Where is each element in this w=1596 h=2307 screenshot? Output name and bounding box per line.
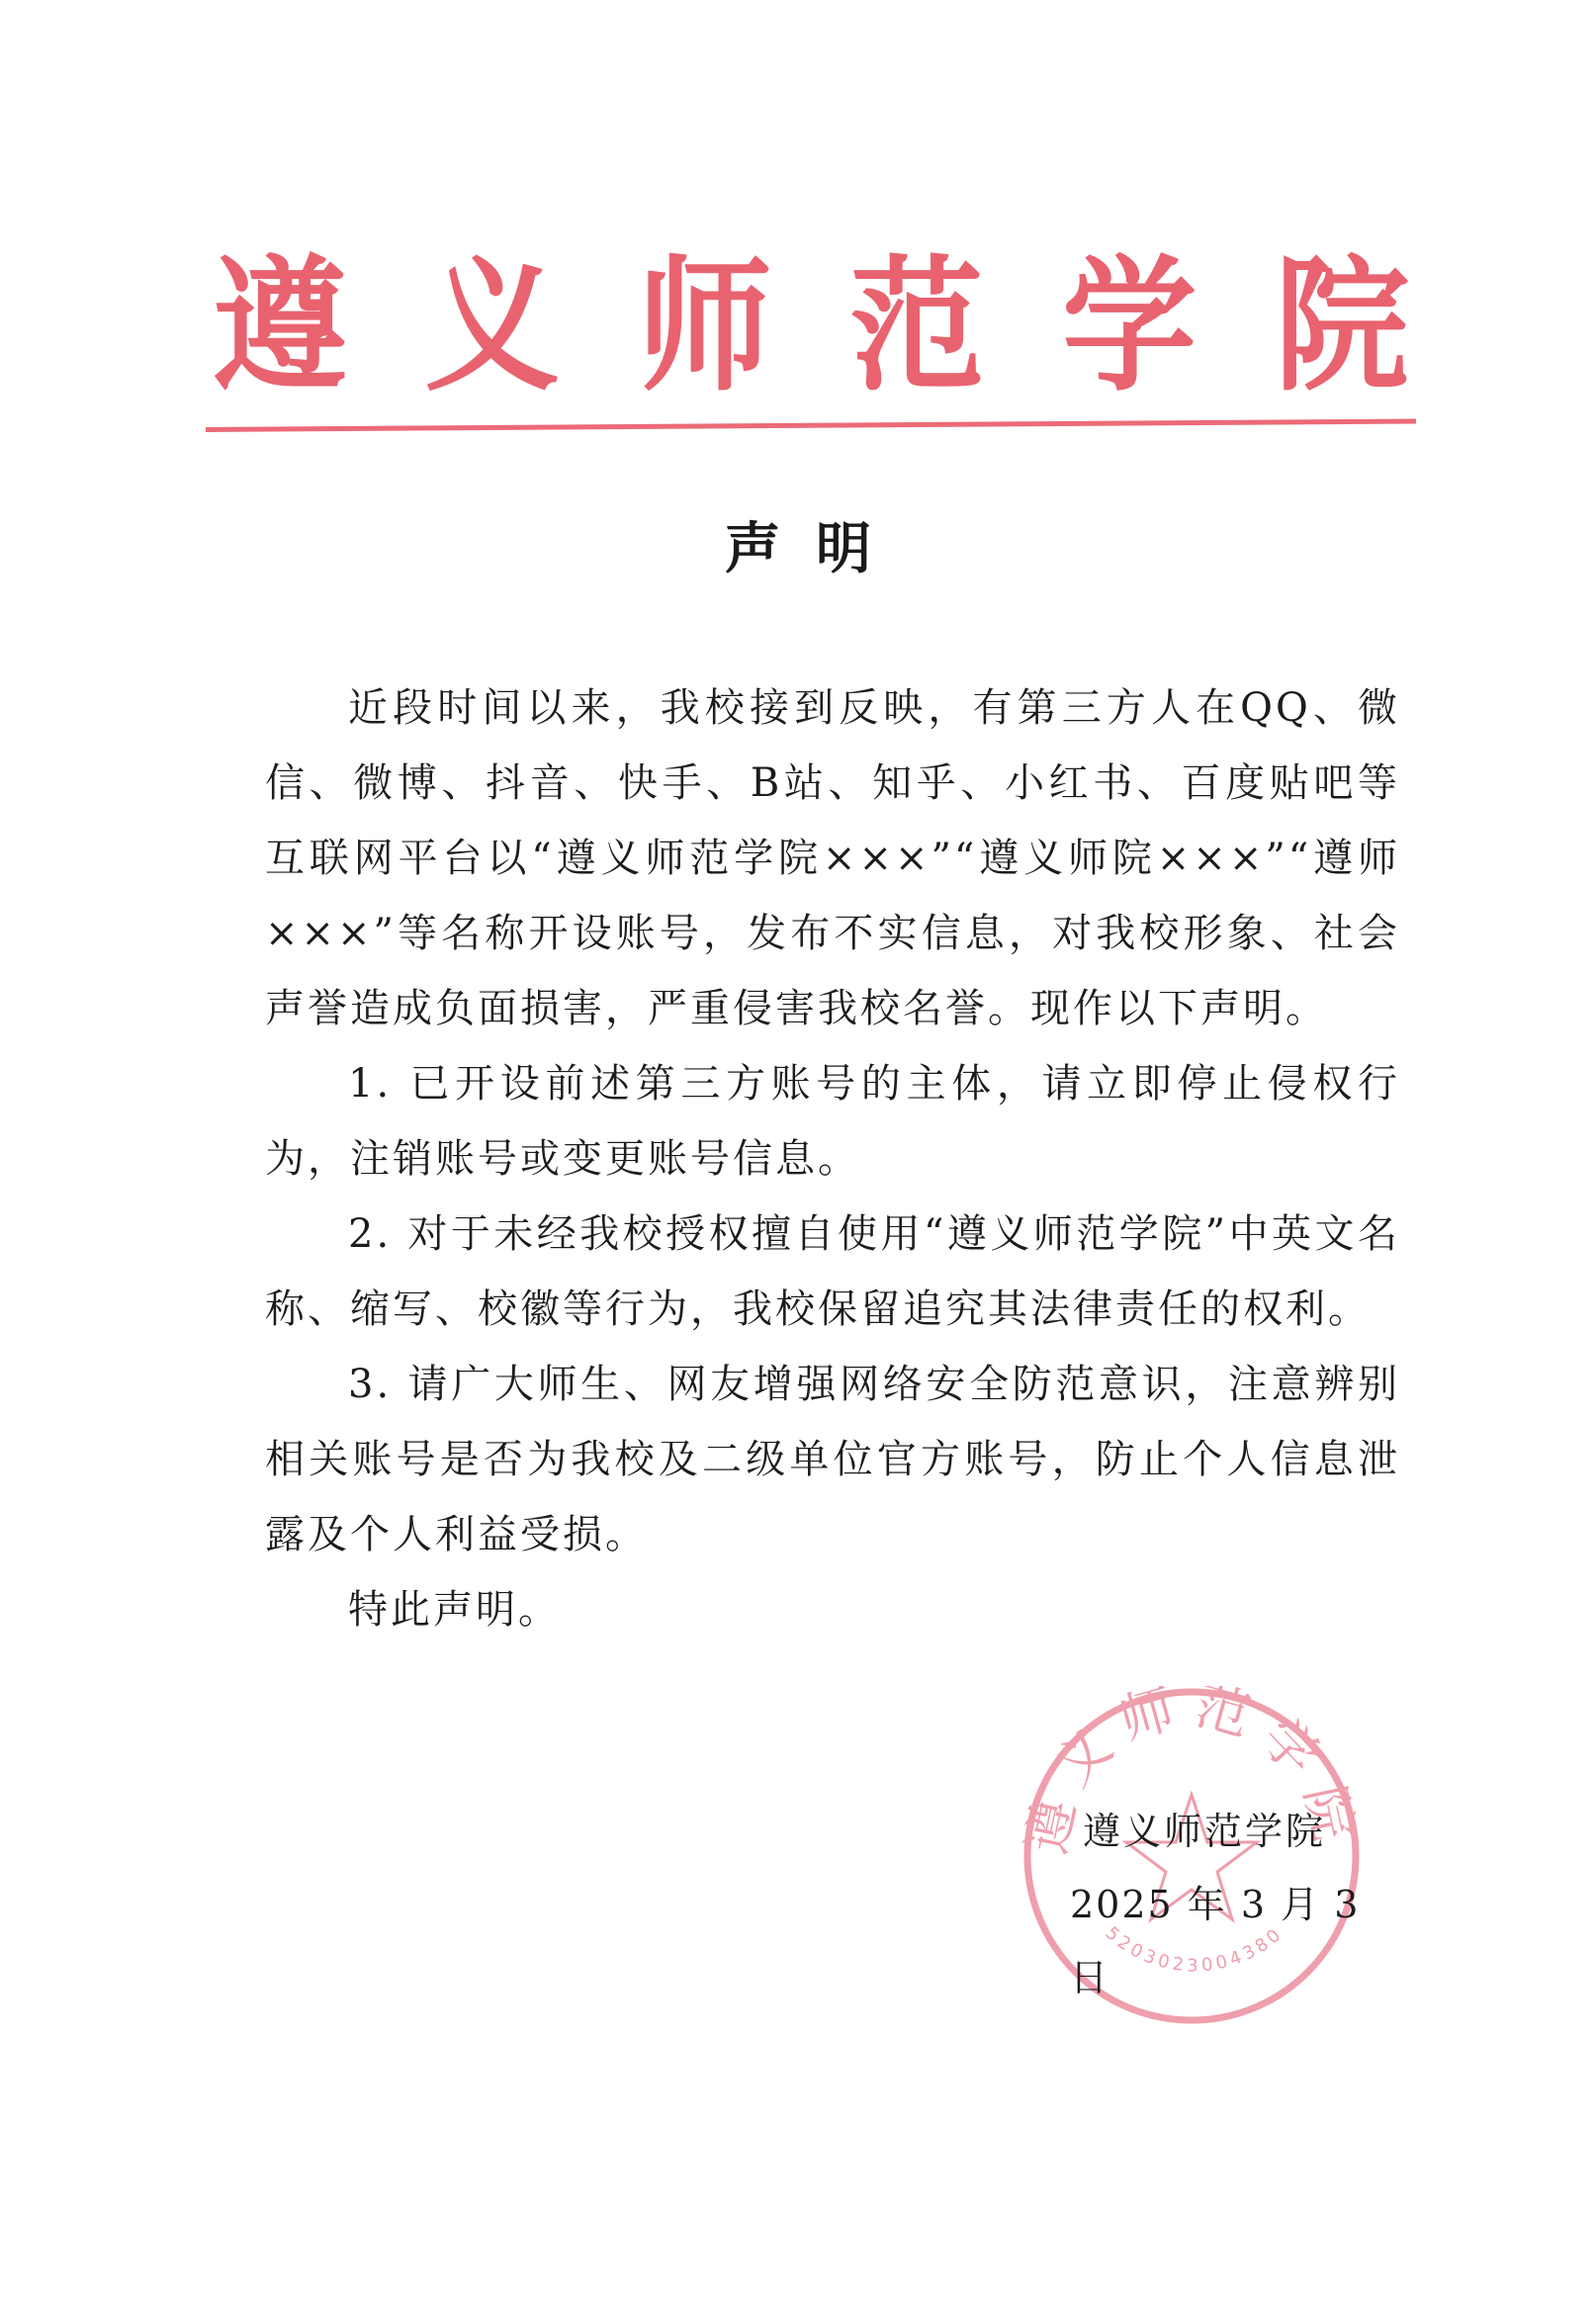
paragraph-item-2: 2. 对于未经我校授权擅自使用“遵义师范学院”中英文名称、缩写、校徽等行为，我校… (265, 1197, 1400, 1347)
masthead-char: 院 (1268, 246, 1416, 406)
paragraph-item-1: 1. 已开设前述第三方账号的主体，请立即停止侵权行为，注销账号或变更账号信息。 (265, 1046, 1400, 1197)
paragraph-intro: 近段时间以来，我校接到反映，有第三方人在QQ、微信、微博、抖音、快手、B站、知乎… (265, 670, 1400, 1046)
document-title: 声明 (0, 514, 1596, 583)
masthead-institution-name: 遵 义 师 范 学 院 (206, 252, 1416, 400)
paragraph-item-3: 3. 请广大师生、网友增强网络安全防范意识，注意辨别相关账号是否为我校及二级单位… (265, 1347, 1400, 1572)
document-body: 近段时间以来，我校接到反映，有第三方人在QQ、微信、微博、抖音、快手、B站、知乎… (265, 670, 1400, 1647)
document-page: 遵 义 师 范 学 院 声明 近段时间以来，我校接到反映，有第三方人在QQ、微信… (0, 0, 1596, 2307)
masthead-char: 学 (1055, 246, 1203, 406)
signature-organization: 遵义师范学院 (1048, 1795, 1404, 1868)
masthead-char: 遵 (206, 246, 354, 406)
signature-block: 遵义师范学院 2025 年 3 月 3 日 (1048, 1795, 1404, 2014)
paragraph-closing: 特此声明。 (265, 1572, 1400, 1647)
red-divider-rule (206, 418, 1416, 432)
masthead-char: 师 (631, 246, 779, 406)
masthead-char: 范 (842, 246, 991, 406)
masthead-char: 义 (418, 246, 567, 406)
signature-date: 2025 年 3 月 3 日 (1048, 1868, 1404, 2014)
